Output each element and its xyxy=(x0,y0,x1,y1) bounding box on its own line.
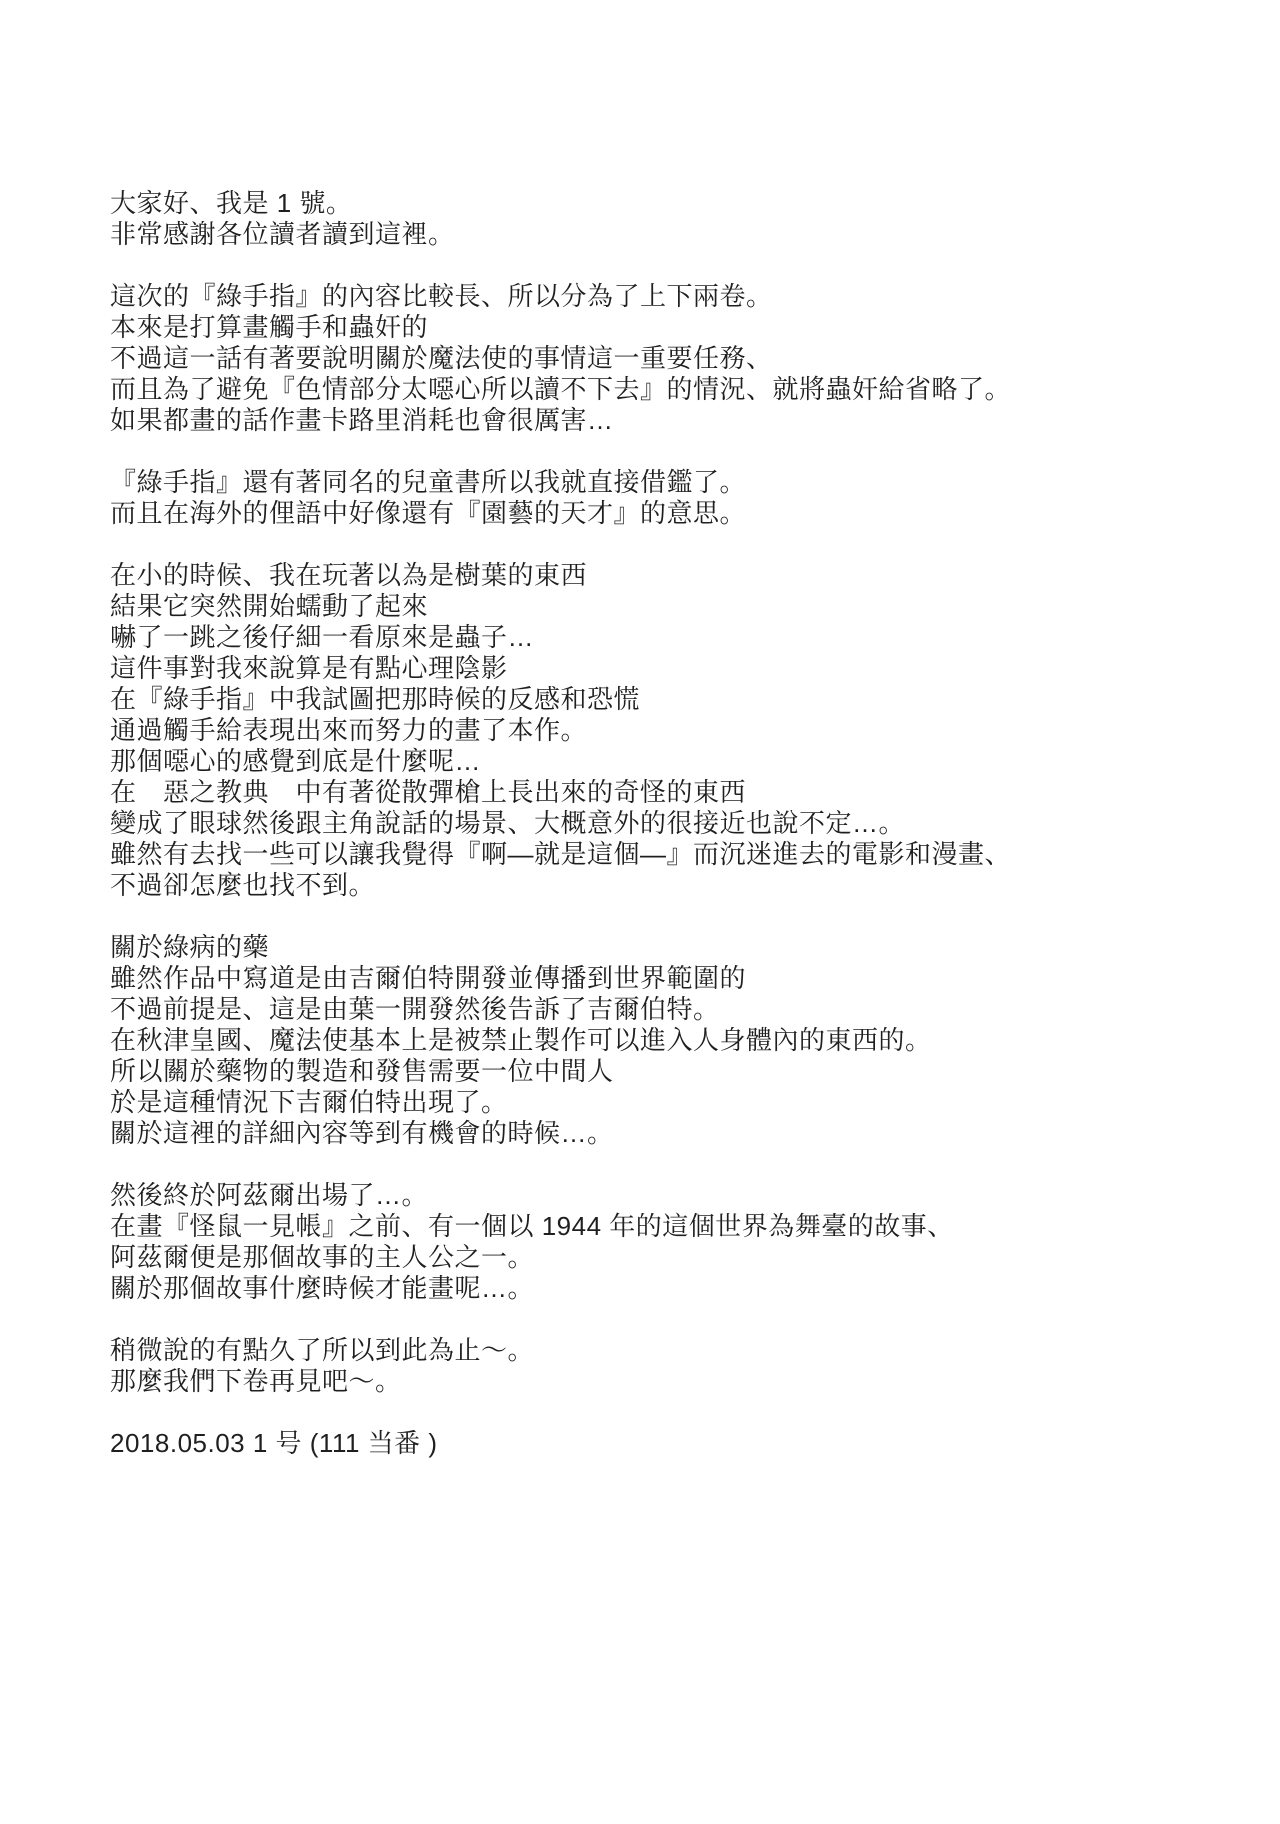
text-line: 通過觸手給表現出來而努力的畫了本作。 xyxy=(110,715,1190,746)
blank-line xyxy=(110,1304,1190,1335)
text-line: 所以關於藥物的製造和發售需要一位中間人 xyxy=(110,1056,1190,1087)
text-line: 在小的時候、我在玩著以為是樹葉的東西 xyxy=(110,560,1190,591)
blank-line xyxy=(110,901,1190,932)
text-line: 大家好、我是 1 號。 xyxy=(110,188,1190,219)
text-line: 不過卻怎麼也找不到。 xyxy=(110,870,1190,901)
text-line: 如果都畫的話作畫卡路里消耗也會很厲害… xyxy=(110,405,1190,436)
text-line: 變成了眼球然後跟主角說話的場景、大概意外的很接近也說不定…。 xyxy=(110,808,1190,839)
text-line: 關於那個故事什麼時候才能畫呢…。 xyxy=(110,1273,1190,1304)
text-line: 稍微說的有點久了所以到此為止～。 xyxy=(110,1335,1190,1366)
text-line: 阿茲爾便是那個故事的主人公之一。 xyxy=(110,1242,1190,1273)
blank-line xyxy=(110,436,1190,467)
text-line: 那麼我們下卷再見吧～。 xyxy=(110,1366,1190,1397)
text-line: 在 惡之教典 中有著從散彈槍上長出來的奇怪的東西 xyxy=(110,777,1190,808)
text-line: 這次的『綠手指』的內容比較長、所以分為了上下兩卷。 xyxy=(110,281,1190,312)
blank-line xyxy=(110,529,1190,560)
text-line: 不過這一話有著要說明關於魔法使的事情這一重要任務、 xyxy=(110,343,1190,374)
text-line: 不過前提是、這是由葉一開發然後告訴了吉爾伯特。 xyxy=(110,994,1190,1025)
afterword-page: 大家好、我是 1 號。非常感謝各位讀者讀到這裡。 這次的『綠手指』的內容比較長、… xyxy=(0,0,1280,1824)
text-line: 本來是打算畫觸手和蟲奸的 xyxy=(110,312,1190,343)
text-line: 『綠手指』還有著同名的兒童書所以我就直接借鑑了。 xyxy=(110,467,1190,498)
text-line: 結果它突然開始蠕動了起來 xyxy=(110,591,1190,622)
text-line: 關於這裡的詳細內容等到有機會的時候…。 xyxy=(110,1118,1190,1149)
text-line: 在秋津皇國、魔法使基本上是被禁止製作可以進入人身體內的東西的。 xyxy=(110,1025,1190,1056)
text-line: 這件事對我來說算是有點心理陰影 xyxy=(110,653,1190,684)
text-line: 2018.05.03 1 号 (111 当番 ) xyxy=(110,1428,1190,1459)
text-line: 在『綠手指』中我試圖把那時候的反感和恐慌 xyxy=(110,684,1190,715)
text-line: 雖然有去找一些可以讓我覺得『啊—就是這個—』而沉迷進去的電影和漫畫、 xyxy=(110,839,1190,870)
text-line: 然後終於阿茲爾出場了…。 xyxy=(110,1180,1190,1211)
text-line: 在畫『怪鼠一見帳』之前、有一個以 1944 年的這個世界為舞臺的故事、 xyxy=(110,1211,1190,1242)
blank-line xyxy=(110,1149,1190,1180)
text-line: 非常感謝各位讀者讀到這裡。 xyxy=(110,219,1190,250)
text-line: 那個噁心的感覺到底是什麼呢… xyxy=(110,746,1190,777)
text-line: 嚇了一跳之後仔細一看原來是蟲子… xyxy=(110,622,1190,653)
afterword-text-block: 大家好、我是 1 號。非常感謝各位讀者讀到這裡。 這次的『綠手指』的內容比較長、… xyxy=(110,188,1190,1459)
blank-line xyxy=(110,1397,1190,1428)
text-line: 而且為了避免『色情部分太噁心所以讀不下去』的情況、就將蟲奸給省略了。 xyxy=(110,374,1190,405)
text-line: 雖然作品中寫道是由吉爾伯特開發並傳播到世界範圍的 xyxy=(110,963,1190,994)
text-line: 於是這種情況下吉爾伯特出現了。 xyxy=(110,1087,1190,1118)
blank-line xyxy=(110,250,1190,281)
text-line: 關於綠病的藥 xyxy=(110,932,1190,963)
text-line: 而且在海外的俚語中好像還有『園藝的天才』的意思。 xyxy=(110,498,1190,529)
